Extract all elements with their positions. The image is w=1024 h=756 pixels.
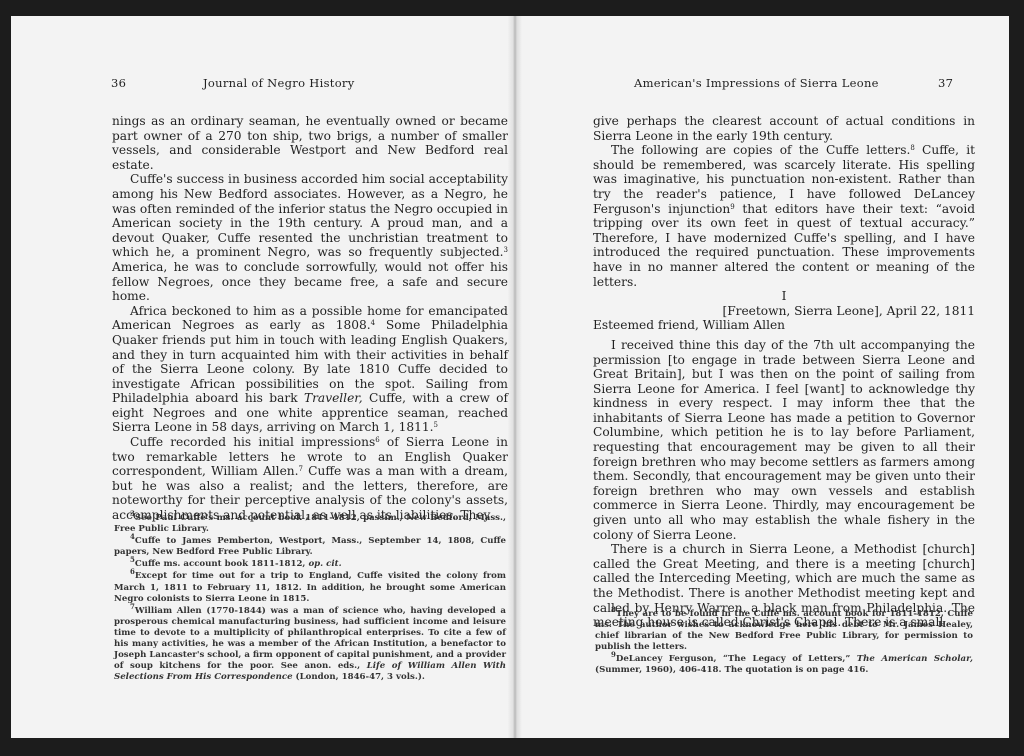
running-title: Journal of Negro History: [203, 76, 355, 90]
paragraph: The following are copies of the Cuffe le…: [593, 143, 975, 289]
body-text: nings as an ordinary seaman, he eventual…: [112, 114, 508, 523]
footnote: 3See Paul Cuffe's ms. account book 1811-…: [114, 513, 506, 535]
page-number: 36: [111, 76, 126, 90]
footnote: 9DeLancey Ferguson, “The Legacy of Lette…: [595, 654, 973, 676]
right-page: American's Impressions of Sierra Leone 3…: [522, 16, 1009, 738]
paragraph: nings as an ordinary seaman, he eventual…: [112, 114, 508, 172]
left-page: 36 Journal of Negro History nings as an …: [11, 16, 508, 738]
footnote: 4Cuffe to James Pemberton, Westport, Mas…: [114, 536, 506, 558]
book-gutter: [508, 16, 522, 738]
footnotes: 8They are to be found in the Cuffe ms. a…: [595, 609, 973, 678]
letter-place-date: [Freetown, Sierra Leone], April 22, 1811: [593, 304, 975, 319]
footnote: 7William Allen (1770-1844) was a man of …: [114, 606, 506, 684]
footnote: 6Except for time out for a trip to Engla…: [114, 571, 506, 604]
footnote-ref[interactable]: 6: [375, 436, 379, 444]
footnote-ref[interactable]: 3: [504, 246, 508, 254]
footnote-ref[interactable]: 7: [299, 465, 303, 473]
running-title: American's Impressions of Sierra Leone: [634, 76, 879, 90]
footnote-ref[interactable]: 4: [371, 319, 375, 327]
body-text: give perhaps the clearest account of act…: [593, 114, 975, 630]
letter-salutation: Esteemed friend, William Allen: [593, 318, 975, 333]
paragraph: Cuffe recorded his initial impressions6 …: [112, 435, 508, 523]
footnote: 5Cuffe ms. account book 1811-1812, op. c…: [114, 559, 506, 570]
footnote-ref[interactable]: 8: [910, 144, 914, 152]
footnote-ref[interactable]: 5: [434, 421, 438, 429]
footnote-ref[interactable]: 9: [730, 203, 734, 211]
paragraph: Cuffe's success in business accorded him…: [112, 172, 508, 303]
footnotes: 3See Paul Cuffe's ms. account book 1811-…: [114, 513, 506, 684]
paragraph: give perhaps the clearest account of act…: [593, 114, 975, 143]
page-number: 37: [938, 76, 953, 90]
paragraph: I received thine this day of the 7th ult…: [593, 338, 975, 542]
paragraph: Africa beckoned to him as a possible hom…: [112, 304, 508, 435]
footnote: 8They are to be found in the Cuffe ms. a…: [595, 609, 973, 653]
letter-number: I: [593, 289, 975, 304]
book-spread: 36 Journal of Negro History nings as an …: [11, 16, 1009, 738]
